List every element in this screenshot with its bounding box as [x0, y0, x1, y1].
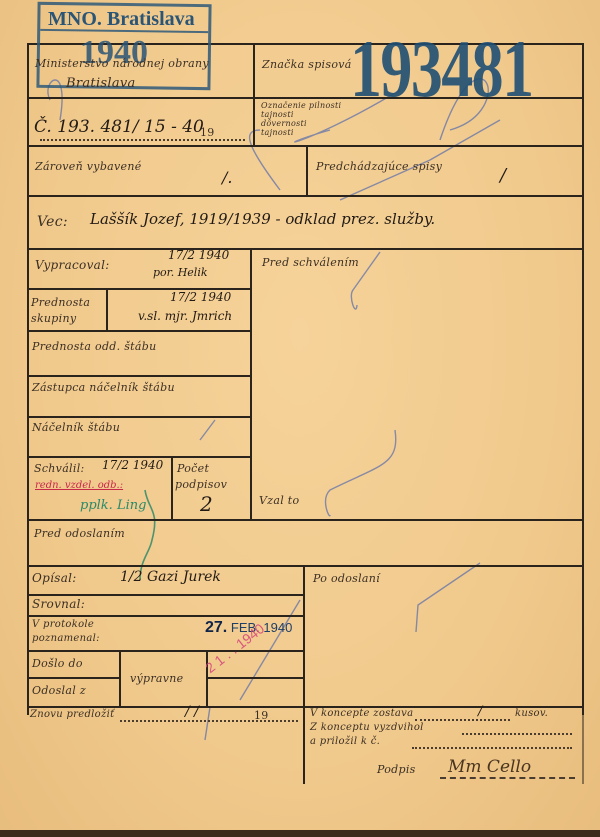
group-head-signature: v.sl. mjr. Jmrich — [138, 309, 232, 323]
approved-date: 17/2 1940 — [102, 458, 163, 472]
row-line — [27, 677, 120, 679]
notes-label-3: dôvernosti — [261, 119, 307, 128]
row-line — [27, 330, 251, 332]
after-sending-label: Po odoslaní — [313, 572, 380, 585]
arrived-label: Došlo do — [32, 657, 83, 670]
scan-bottom-edge — [0, 830, 600, 837]
row-line — [27, 248, 584, 250]
copied-label: Opísal: — [32, 571, 77, 585]
file-number-stamp: 193481 — [350, 28, 533, 110]
row-line — [27, 594, 304, 596]
column-divider — [303, 565, 305, 708]
reference-year-suffix: 19 — [200, 126, 215, 139]
concept-dotted-line-2 — [462, 733, 572, 735]
group-head-label-2: skupiny — [31, 312, 76, 325]
deputy-chief-label: Zástupca náčelník štábu — [32, 381, 175, 394]
prepared-date: 17/2 1940 — [168, 248, 229, 262]
registered-label-2: poznamenal: — [32, 633, 100, 644]
concept-line-3: a priložil k č. — [310, 736, 380, 747]
resubmit-year: 19 — [254, 709, 269, 722]
chief-label: Náčelník štábu — [32, 421, 120, 434]
received-date-day: 27. — [205, 619, 227, 636]
prepared-label: Vypracoval: — [35, 258, 110, 272]
frame-right — [582, 43, 584, 715]
previous-files-label: Predchádzajúce spisy — [316, 160, 442, 173]
approved-role: redn. vzdel. odb.: — [35, 480, 123, 491]
row-line — [27, 565, 584, 567]
row-divider — [306, 145, 308, 195]
simultaneous-value: /. — [222, 168, 232, 187]
approved-label: Schválil: — [34, 462, 85, 475]
resubmit-dotted-line — [120, 720, 298, 722]
notes-label-2: tajnosti — [261, 110, 294, 119]
approved-signature: pplk. Ling — [80, 498, 146, 513]
dept-head-label: Prednosta odd. štábu — [32, 340, 157, 353]
footer-divider — [303, 706, 305, 784]
office-value: výpravne — [130, 672, 184, 685]
registry-stamp-office: MNO. Bratislava — [48, 8, 195, 31]
row-line — [27, 519, 584, 521]
signature-count-value: 2 — [200, 492, 213, 516]
vzal-label: Vzal to — [259, 494, 299, 507]
ministry-city-label: Bratislava — [66, 76, 136, 91]
footer-signature: Mm Cello — [448, 757, 531, 777]
signature-count-label-2: podpisov — [175, 478, 227, 491]
reference-number: Č. 193. 481/ 15 - 40 — [34, 117, 204, 137]
row-line — [27, 706, 584, 708]
concept-line-1-value: / — [478, 704, 482, 719]
file-mark-label: Značka spisová — [262, 58, 352, 71]
row-line — [207, 677, 304, 679]
signature-count-label: Počet — [177, 462, 209, 475]
cell-divider — [119, 650, 121, 707]
sent-label: Odoslal z — [32, 684, 86, 697]
signature-label: Podpis — [377, 763, 416, 776]
signature-dashed-line — [440, 777, 575, 779]
resubmit-label: Znovu predložiť — [30, 709, 114, 720]
concept-line-2: Z konceptu vyzdvihol — [310, 722, 424, 733]
before-sending-label: Pred odoslaním — [34, 527, 125, 540]
concept-dotted-line-3 — [412, 747, 572, 749]
row-line — [27, 195, 584, 197]
concept-line-1-suffix: kusov. — [515, 708, 548, 719]
prepared-by: por. Helik — [153, 266, 208, 279]
group-head-date: 17/2 1940 — [170, 290, 231, 304]
row-line — [27, 416, 251, 418]
resubmit-value: / / — [185, 704, 199, 720]
concept-line-1: V koncepte zostava — [310, 708, 413, 719]
cell-divider — [171, 456, 173, 520]
notes-label-1: Označenie pilnosti — [261, 101, 341, 110]
simultaneous-label: Zároveň vybavené — [35, 160, 142, 173]
reference-dotted-line — [40, 139, 245, 141]
concept-dotted-line-1 — [415, 719, 510, 721]
group-head-label: Prednosta — [31, 296, 90, 309]
subject-value: Laššík Jozef, 1919/1939 - odklad prez. s… — [90, 210, 435, 228]
cell-divider — [106, 288, 108, 330]
ministry-label: Ministerstvo národnej obrany — [35, 57, 209, 70]
subject-label: Vec: — [37, 214, 68, 230]
row-line — [27, 650, 304, 652]
notes-label-4: tajnosti — [261, 128, 294, 137]
frame-right-dotted — [582, 706, 584, 784]
row-line — [27, 615, 304, 617]
copied-signature: 1/2 Gazi Jurek — [120, 569, 221, 585]
row-line — [27, 375, 251, 377]
registered-label: V protokole — [32, 619, 94, 630]
compared-label: Srovnal: — [32, 597, 85, 611]
previous-files-value: / — [500, 165, 506, 186]
header-divider — [253, 43, 255, 145]
before-approval-label: Pred schválením — [262, 256, 359, 269]
